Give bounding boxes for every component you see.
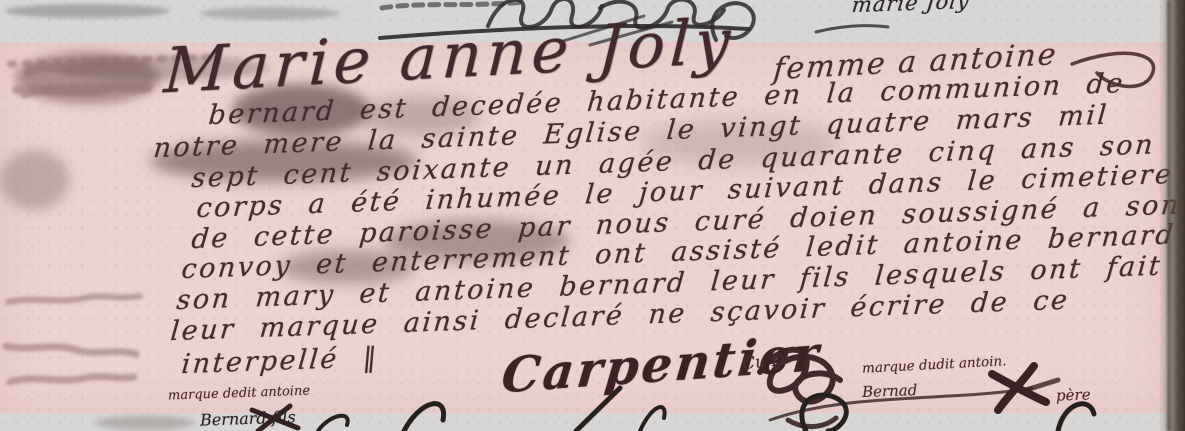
ink-smudge: [200, 7, 340, 20]
ink-smudge: [5, 4, 170, 18]
right-mark-name-after: père: [1056, 385, 1091, 404]
ink-smudge: [95, 416, 195, 430]
manuscript-scan: marie Joly Marie anne Joly femme a antoi…: [0, 0, 1185, 431]
top-right-annotation: marie Joly: [851, 0, 971, 17]
left-mark-name: Bernard fils: [200, 407, 296, 429]
right-mark-name-before: Bernad: [862, 381, 918, 401]
binding-shadow: [1159, 0, 1185, 431]
